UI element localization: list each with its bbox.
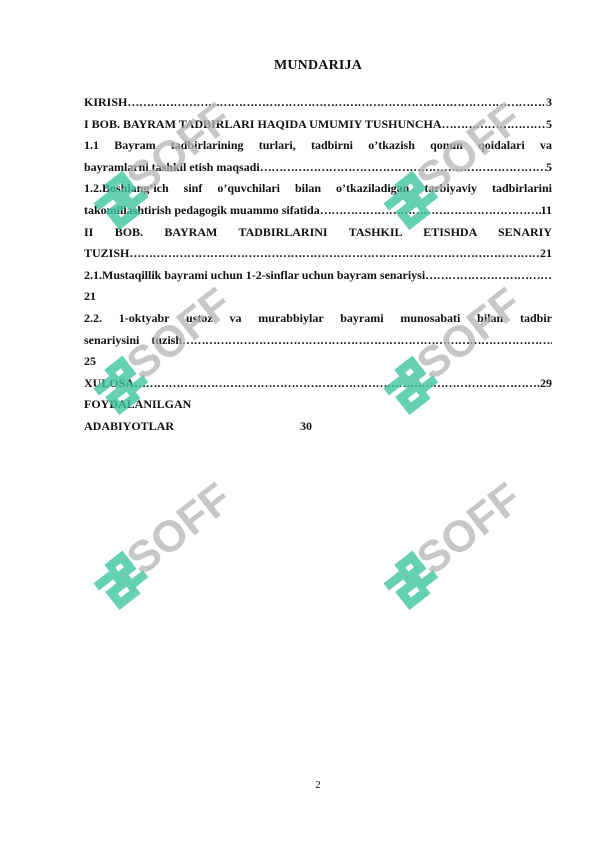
table-of-contents: KIRISH3I BOB. BAYRAM TADBIRLARI HAQIDA U…	[84, 92, 552, 438]
toc-entry-s2-1-line-2: 21	[84, 286, 552, 308]
toc-entry-bob2-line-2: TUZISH21	[84, 243, 552, 265]
toc-entry-page: 29	[540, 373, 552, 395]
toc-entry-s2-2-line-2: senariysini tuzish	[84, 330, 552, 352]
toc-entry-title: ADABIYOTLAR	[84, 416, 174, 438]
toc-entry-title: takomillashtirish pedagogik muammo sifat…	[84, 200, 320, 222]
toc-dot-leader	[182, 330, 552, 352]
toc-entry-adabiyot-line-1: FOYDALANILGAN	[84, 394, 552, 416]
toc-entry-title: TUZISH	[84, 243, 129, 265]
toc-entry-s2-2-line-1: 2.2. 1-oktyabr ustoz va murabbiylar bayr…	[84, 308, 552, 330]
toc-entry-s2-2-line-3: 25	[84, 351, 552, 373]
toc-entry-s1-2-line-2: takomillashtirish pedagogik muammo sifat…	[84, 200, 552, 222]
toc-entry-title: XULOSA	[84, 373, 134, 395]
toc-entry-title: senariysini tuzish	[84, 330, 182, 352]
toc-dot-leader	[260, 157, 546, 179]
toc-dot-leader	[320, 200, 541, 222]
toc-entry-kirish: KIRISH3	[84, 92, 552, 114]
toc-dot-leader	[129, 243, 540, 265]
toc-entry-adabiyot-line-2: ADABIYOTLAR30	[84, 416, 552, 438]
toc-entry-s1-1-line-1: 1.1 Bayram tadbirlarining turlari, tadbi…	[84, 135, 552, 157]
document-page: MUNDARIJA KIRISH3I BOB. BAYRAM TADBIRLAR…	[0, 0, 596, 842]
toc-entry-bob2-line-1: II BOB. BAYRAM TADBIRLARINI TASHKIL ETIS…	[84, 222, 552, 244]
toc-entry-page: 11	[541, 200, 552, 222]
page-number: 2	[0, 779, 596, 791]
toc-dot-leader	[127, 92, 546, 114]
toc-entry-xulosa: XULOSA29	[84, 373, 552, 395]
page-title: MUNDARIJA	[0, 58, 596, 74]
toc-dot-leader	[134, 373, 540, 395]
toc-entry-title: 2.1.Mustaqillik bayrami uchun 1-2-sinfla…	[84, 265, 425, 287]
svg-text:SOFF: SOFF	[118, 480, 238, 584]
toc-entry-s2-1-line-1: 2.1.Mustaqillik bayrami uchun 1-2-sinfla…	[84, 265, 552, 287]
toc-dot-leader	[425, 265, 552, 287]
toc-entry-page: 30	[300, 416, 312, 438]
toc-entry-page: 5	[546, 157, 552, 179]
toc-entry-page: 3	[546, 92, 552, 114]
toc-entry-title: bayramlarni tashkil etish maqsadi	[84, 157, 260, 179]
toc-entry-title: KIRISH	[84, 92, 127, 114]
toc-dot-leader	[442, 114, 547, 136]
toc-entry-page: 21	[540, 243, 552, 265]
soff-watermark-icon: SOFF	[368, 480, 528, 610]
soff-watermark-icon: SOFF	[78, 480, 238, 610]
toc-entry-title: I BOB. BAYRAM TADBIRLARI HAQIDA UMUMIY T…	[84, 114, 442, 136]
svg-text:SOFF: SOFF	[408, 480, 528, 584]
toc-entry-page: 5	[546, 114, 552, 136]
toc-dot-leader	[174, 416, 300, 438]
toc-entry-s1-1-line-2: bayramlarni tashkil etish maqsadi5	[84, 157, 552, 179]
toc-entry-s1-2-line-1: 1.2.Boshlang’ich sinf o’quvchilari bilan…	[84, 178, 552, 200]
toc-entry-bob1: I BOB. BAYRAM TADBIRLARI HAQIDA UMUMIY T…	[84, 114, 552, 136]
